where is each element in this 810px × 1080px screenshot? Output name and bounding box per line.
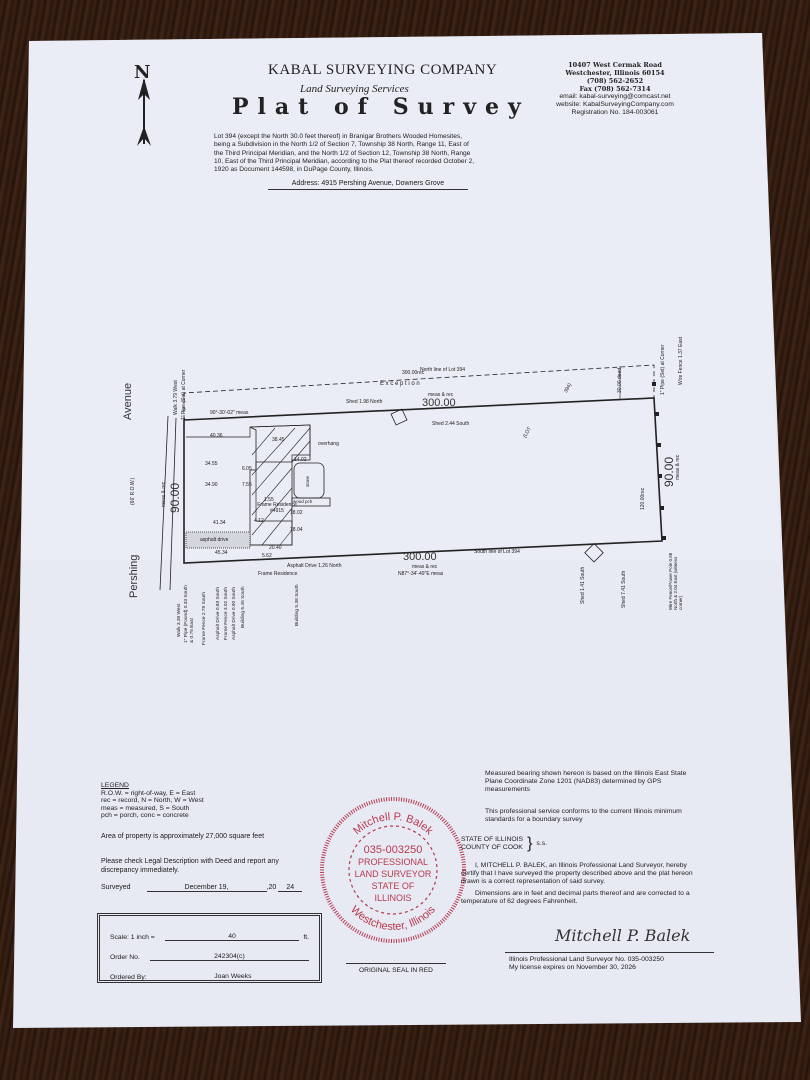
area-note: Area of property is approximately 27,000… (101, 833, 264, 840)
seal-line1: PROFESSIONAL (358, 857, 428, 867)
wood-porch-label: wood pch (293, 499, 312, 504)
pipe-nw-note: 1" Pipe (Set) at Corner (181, 370, 187, 420)
dim-label: 18.02 (290, 510, 303, 516)
seal-note: ORIGINAL SEAL IN RED (346, 963, 446, 974)
dim-label: 38.45 (272, 437, 285, 443)
dim-label: 41.34 (213, 520, 226, 526)
legend-header: LEGEND (101, 782, 204, 790)
surveyed-date: Surveyed December 19,,20 24 (101, 884, 316, 892)
county-label: COUNTY OF COOK (461, 844, 523, 852)
north-line-label: North line of Lot 394 (420, 367, 465, 373)
north-dimension: 300.00 (422, 397, 456, 409)
south-note: Building 5.38 South (295, 584, 300, 626)
south-note: 1" Pipe (Found) 0.33 South & 0.75 East (184, 583, 195, 643)
check-note: Please check Legal Description with Deed… (101, 858, 311, 875)
seal-line4: ILLINOIS (374, 893, 411, 903)
east-dim-label: meas & rec (675, 455, 681, 480)
svg-text:Westchester, Illinois: Westchester, Illinois (348, 903, 438, 933)
exception-label: E x c e p t i o n (380, 381, 420, 387)
dimensions-note: Dimensions are in feet and decimal parts… (461, 890, 705, 906)
surveyor-signature: Mitchell P. Balek (555, 926, 690, 945)
walk-north-note: Walk 3.79 West (173, 380, 179, 415)
shed-north-note: Shed 1.98 North (346, 399, 382, 405)
legend-line: pch = porch, conc = concrete (101, 812, 204, 820)
ss-label: s.s. (536, 840, 547, 848)
neighbor-residence-label: Frame Residence (258, 571, 297, 577)
street-label-avenue: Avenue (122, 383, 134, 420)
order-label: Order No. (110, 954, 140, 961)
scale-unit: ft. (303, 934, 309, 941)
dim-label: 7.55 (242, 482, 252, 488)
row-label: (66' R.O.W.) (130, 478, 136, 505)
scale-label: Scale: 1 inch = (110, 934, 155, 941)
surveyed-label: Surveyed (101, 884, 131, 891)
south-note: Building 5.45 South (241, 586, 246, 628)
west-dimension: 90.00 (168, 483, 182, 513)
angle-label: 90°-30'-02" meas (210, 410, 248, 416)
surveyed-date-value: December 19, (147, 884, 267, 892)
dim-label: 40.36 (210, 433, 223, 439)
dim-label: 6.05 (242, 466, 252, 472)
south-note: Frame Fence 2.79 South (202, 592, 207, 645)
license-number: Illinois Professional Land Surveyor No. … (509, 956, 714, 964)
state-label: STATE OF ILLINOIS (461, 836, 523, 844)
dim-label: 34.55 (205, 461, 218, 467)
license-info: Illinois Professional Land Surveyor No. … (505, 952, 714, 972)
se-corner-note: Wire Fence/Power Pole 0.88 North & 2.04 … (668, 550, 683, 610)
south-note: Frame Fence 3.02 South (224, 587, 229, 640)
bearing-note: Measured bearing shown hereon is based o… (485, 770, 705, 794)
dim-label: 45.34 (215, 550, 228, 556)
south-dim-label: meas & rec (412, 564, 437, 570)
conforms-note: This professional service conforms to th… (485, 808, 705, 824)
order-value: 242304(c) (150, 953, 309, 961)
dim-label: 34.90 (205, 482, 218, 488)
south-line-label: South line of Lot 394 (474, 549, 520, 555)
certify-statement: I, MITCHELL P. BALEK, an Illinois Profes… (461, 862, 705, 886)
surveyed-year: 24 (278, 884, 302, 892)
legend-line: R.O.W. = right-of-way, E = East (101, 790, 204, 798)
shed-south-note: Shed 2.44 South (432, 421, 469, 427)
shed-south-1-note: Shed 1.41 South (580, 567, 586, 604)
dim-label: 20.40 (269, 545, 282, 551)
dim-label: 14.02 (294, 457, 307, 463)
south-note: Walk 3.39 West (177, 604, 182, 637)
seal-city: Westchester, Illinois (348, 903, 438, 933)
south-note: Asphalt Drive 0.90 South (232, 587, 237, 640)
ordered-by-label: Ordered By: (110, 974, 147, 981)
street-label-pershing: Pershing (128, 555, 140, 598)
asphalt-north-note: Asphalt Drive 1.26 North (287, 563, 341, 569)
overhang-label: overhang (318, 441, 339, 447)
south-dimension: 300.00 (403, 551, 437, 563)
license-expiry: My license expires on November 30, 2026 (509, 964, 714, 972)
east-rec-label: 120.00rec (640, 488, 646, 510)
stone-label: stone (305, 476, 310, 487)
seal-line2: LAND SURVEYOR (355, 869, 432, 879)
pipe-ne-note: 1" Pipe (Set) at Corner (660, 345, 666, 395)
surveyed-century: ,20 (267, 884, 277, 891)
dim-label: 1.55 (264, 497, 274, 503)
certification-block: Measured bearing shown hereon is based o… (485, 770, 705, 906)
bearing-label: N87°-34'-49"E meas (398, 571, 443, 577)
seal-line3: STATE OF (372, 881, 415, 891)
east-dimension: 90.00 (662, 457, 676, 487)
fence-ne-note: Wire Fence 1.37 East (678, 337, 684, 385)
legend-line: rec = record, N = North, W = West (101, 797, 204, 805)
deed-30-label: 30.00 deed (617, 368, 623, 393)
dim-label: 4.12 (254, 518, 264, 524)
ordered-by-value: Joan Weeks (157, 973, 309, 981)
south-note: Asphalt Drive 0.83 South (216, 587, 221, 640)
dim-label: 5.62 (262, 553, 272, 559)
seal-number: 035-003250 (364, 844, 423, 856)
dim-label: 18.04 (290, 527, 303, 533)
legend-line: meas = measured, S = South (101, 805, 204, 813)
order-info-box: Scale: 1 inch =40ft. Order No.242304(c) … (97, 913, 322, 983)
seal-name: Mitchell P. Balek (351, 811, 435, 838)
legend: LEGEND R.O.W. = right-of-way, E = East r… (101, 782, 204, 820)
shed-south-2-note: Shed 7.41 South (621, 571, 627, 608)
north-rec-label: 300.00rec (402, 370, 424, 376)
scale-value: 40 (165, 933, 300, 941)
west-dim-label: meas & rec (161, 482, 167, 507)
asphalt-drive-label: asphalt drive (200, 537, 228, 543)
surveyor-seal: Mitchell P. Balek Westchester, Illinois … (318, 795, 468, 945)
svg-text:Mitchell P. Balek: Mitchell P. Balek (351, 811, 435, 838)
